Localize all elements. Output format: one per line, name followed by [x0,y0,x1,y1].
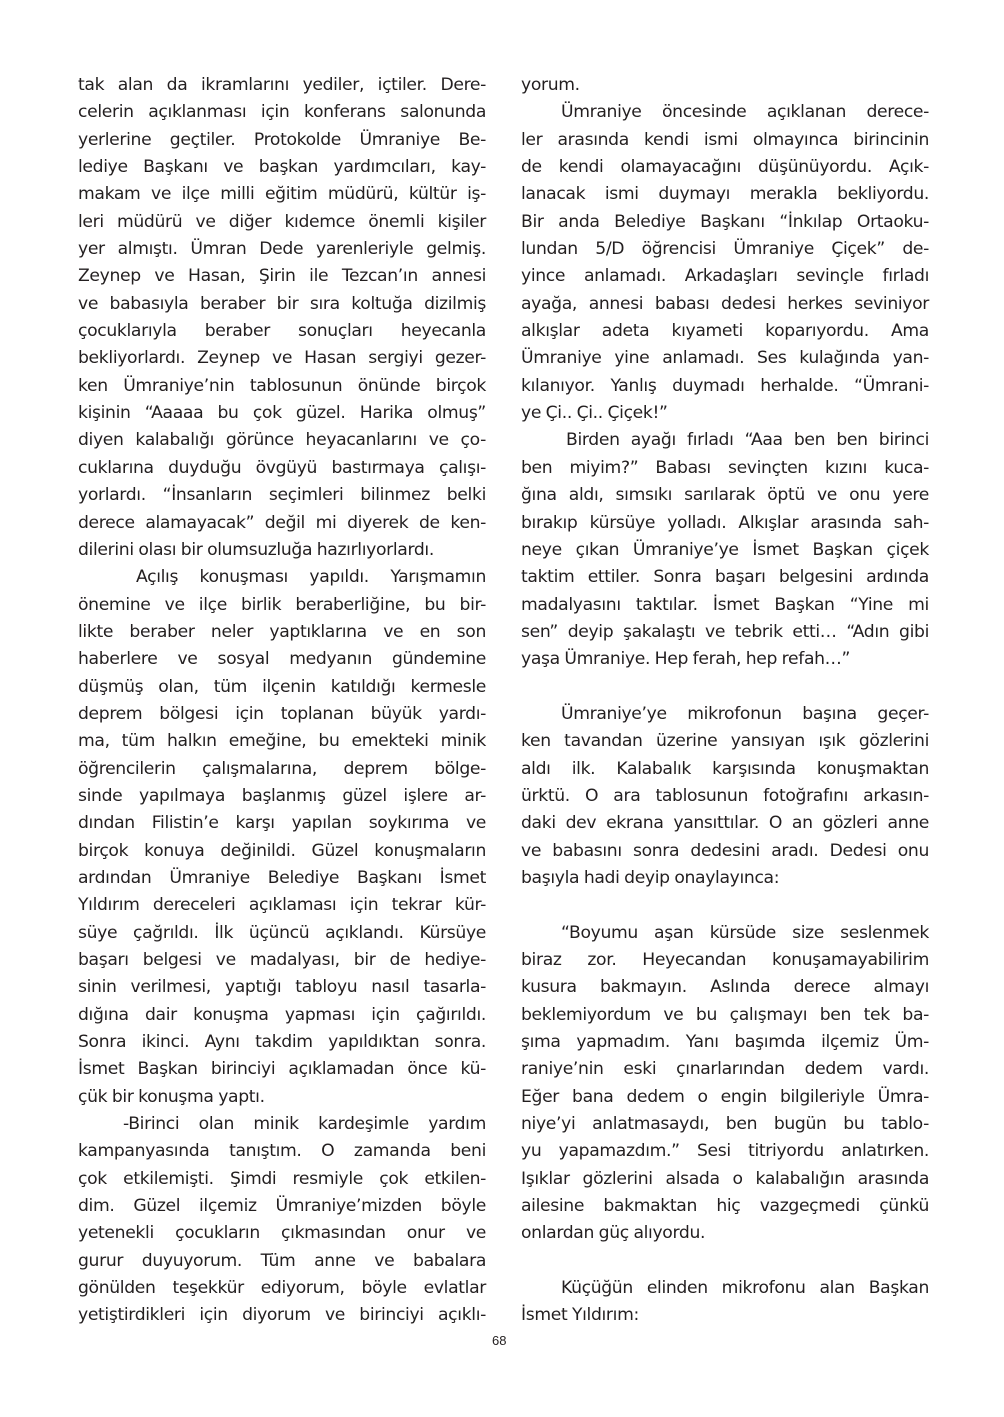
text-line: lundan 5/D öğrencisi Ümraniye Çiçek” de- [521,236,929,263]
text-line: tak alan da ikramlarını yediler, içtiler… [78,72,486,99]
text-line: dığına dair konuşma yapması için çağırıl… [78,1002,486,1029]
text-line: Eğer bana dedem o engin bilgileriyle Ümr… [521,1084,929,1111]
page-number-text: 68 [492,1333,506,1348]
text-line: Açılış konuşması yapıldı. Yarışmamın [78,564,486,591]
text-line: İsmet Yıldırım: [521,1302,929,1329]
text-line: yaşa Ümraniye. Hep ferah, hep refah…” [521,646,929,673]
text-line: ben miyim?” Babası sevinçten kızını kuca… [521,455,929,482]
text-line: ğına aldı, sımsıkı sarılarak öptü ve onu… [521,482,929,509]
text-line: Işıklar gözlerini alsada o kalabalığın a… [521,1166,929,1193]
text-line: Zeynep ve Hasan, Şirin ile Tezcan’ın ann… [78,263,486,290]
text-line: İsmet Başkan birinciyi açıklamadan önce … [78,1056,486,1083]
text-line: daki dev ekrana yansıttılar. O an gözler… [521,810,929,837]
text-line: şıma yapmadım. Yanı başımda ilçemiz Üm- [521,1029,929,1056]
text-line: ve babasıyla beraber bir sıra koltuğa di… [78,291,486,318]
text-line: ye Çi.. Çi.. Çiçek!” [521,400,929,427]
text-line: niye’yi anlatmasaydı, ben bugün bu tablo… [521,1111,929,1138]
text-line: başarı belgesi ve madalyası, bir de hedi… [78,947,486,974]
text-line: likte beraber neler yaptıklarına ve en s… [78,619,486,646]
text-line: raniye’nin eski çınarlarından dedem vard… [521,1056,929,1083]
text-line: madalyasını taktılar. İsmet Başkan “Yine… [521,592,929,619]
text-line: sinde yapılmaya başlanmış güzel işlere a… [78,783,486,810]
text-line: ardından Ümraniye Belediye Başkanı İsmet [78,865,486,892]
text-line: kusura bakmayın. Aslında derece almayı [521,974,929,1001]
text-line: sen” deyip şakalaştı ve tebrik etti… “Ad… [521,619,929,646]
text-line: Birden ayağı fırladı “Aaa ben ben birinc… [521,427,929,454]
text-line: haberlere ve sosyal medyanın gündemine [78,646,486,673]
text-line: Ümraniye yine anlamadı. Ses kulağında ya… [521,345,929,372]
text-line: bırakıp kürsüye yolladı. Alkışlar arasın… [521,510,929,537]
left-column: tak alan da ikramlarını yediler, içtiler… [78,72,486,1330]
text-line: sinin verilmesi, yaptığı tabloyu nasıl t… [78,974,486,1001]
text-line: dından Filistin’e karşı yapılan soykırım… [78,810,486,837]
text-line: beklemiyordum ve bu çalışmayı ben tek ba… [521,1002,929,1029]
text-line: çük bir konuşma yaptı. [78,1084,486,1111]
text-line: ailesine bakmaktan hiç vazgeçmedi çünkü [521,1193,929,1220]
blank-line [521,1248,929,1275]
text-line: dim. Güzel ilçemiz Ümraniye’mizden böyle [78,1193,486,1220]
text-line: -Birinci olan minik kardeşimle yardım [78,1111,486,1138]
text-line: çocuklarıyla beraber sonuçları heyecanla [78,318,486,345]
blank-line [521,892,929,919]
text-line: yer almıştı. Ümran Dede yarenleriyle gel… [78,236,486,263]
text-line: deprem bölgesi için toplanan büyük yardı… [78,701,486,728]
text-line: gönülden teşekkür ediyorum, böyle evlatl… [78,1275,486,1302]
text-line: Ümraniye öncesinde açıklanan derece- [521,99,929,126]
right-column: yorum.Ümraniye öncesinde açıklanan derec… [521,72,929,1330]
text-line: yetenekli çocukların çıkmasından onur ve [78,1220,486,1247]
text-line: Yıldırım dereceleri açıklaması için tekr… [78,892,486,919]
text-line: leri müdürü ve diğer kıdemce önemli kişi… [78,209,486,236]
text-line: lanacak ismi duymayı merakla bekliyordu. [521,181,929,208]
text-line: gurur duyuyorum. Tüm anne ve babalara [78,1248,486,1275]
text-line: makam ve ilçe milli eğitim müdürü, kültü… [78,181,486,208]
text-line: ler arasında kendi ismi olmayınca birinc… [521,127,929,154]
text-line: ken tavandan üzerine yansıyan ışık gözle… [521,728,929,755]
text-line: diyen kalabalığı görünce heyacanlarını v… [78,427,486,454]
text-line: öğrencilerin çalışmalarına, deprem bölge… [78,756,486,783]
text-line: alkışlar adeta kıyameti koparıyordu. Ama [521,318,929,345]
text-line: ayağa, annesi babası dedesi herkes sevin… [521,291,929,318]
text-line: onlardan güç alıyordu. [521,1220,929,1247]
text-line: Sonra ikinci. Aynı takdim yapıldıktan so… [78,1029,486,1056]
text-line: de kendi olamayacağını düşünüyordu. Açık… [521,154,929,181]
text-line: biraz zor. Heyecandan konuşamayabilirim [521,947,929,974]
text-line: yorlardı. “İnsanların seçimleri bilinmez… [78,482,486,509]
text-line: celerin açıklanması için konferans salon… [78,99,486,126]
text-line: süye çağrıldı. İlk üçüncü açıklandı. Kür… [78,920,486,947]
text-line: birçok konuya değinildi. Güzel konuşmala… [78,838,486,865]
text-line: yetiştirdikleri için diyorum ve birinciy… [78,1302,486,1329]
text-line: başıyla hadi deyip onaylayınca: [521,865,929,892]
text-line: ken Ümraniye’nin tablosunun önünde birço… [78,373,486,400]
text-line: yorum. [521,72,929,99]
document-page: tak alan da ikramlarını yediler, içtiler… [0,0,1004,1417]
text-line: lediye Başkanı ve başkan yardımcıları, k… [78,154,486,181]
text-line: Bir anda Belediye Başkanı “İnkılap Ortao… [521,209,929,236]
text-line: neye çıkan Ümraniye’ye İsmet Başkan çiçe… [521,537,929,564]
text-line: yince anlamadı. Arkadaşları sevinçle fır… [521,263,929,290]
text-line: yu yapamazdım.” Sesi titriyordu anlatırk… [521,1138,929,1165]
text-line: taktim ettiler. Sonra başarı belgesini a… [521,564,929,591]
text-line: bekliyorlardı. Zeynep ve Hasan sergiyi g… [78,345,486,372]
text-line: Küçüğün elinden mikrofonu alan Başkan [521,1275,929,1302]
text-line: dilerini olası bir olumsuzluğa hazırlıyo… [78,537,486,564]
text-line: ürktü. O ara tablosunun fotoğrafını arka… [521,783,929,810]
text-line: yerlerine geçtiler. Protokolde Ümraniye … [78,127,486,154]
text-line: “Boyumu aşan kürsüde size seslenmek [521,920,929,947]
text-line: Ümraniye’ye mikrofonun başına geçer- [521,701,929,728]
text-line: çok etkilemişti. Şimdi resmiyle çok etki… [78,1166,486,1193]
text-line: cuklarına duyduğu övgüyü bastırmaya çalı… [78,455,486,482]
blank-line [521,674,929,701]
text-line: kişinin “Aaaaa bu çok güzel. Harika olmu… [78,400,486,427]
text-line: kampanyasında tanıştım. O zamanda beni [78,1138,486,1165]
text-line: düşmüş olan, tüm ilçenin katıldığı kerme… [78,674,486,701]
text-line: aldı ilk. Kalabalık karşısında konuşmakt… [521,756,929,783]
text-line: derece alamayacak” değil mi diyerek de k… [78,510,486,537]
text-line: ve babasını sonra dedesini aradı. Dedesi… [521,838,929,865]
text-line: ma, tüm halkın emeğine, bu emekteki mini… [78,728,486,755]
text-line: kılanıyor. Yanlış duymadı herhalde. “Ümr… [521,373,929,400]
text-line: önemine ve ilçe birlik beraberliğine, bu… [78,592,486,619]
